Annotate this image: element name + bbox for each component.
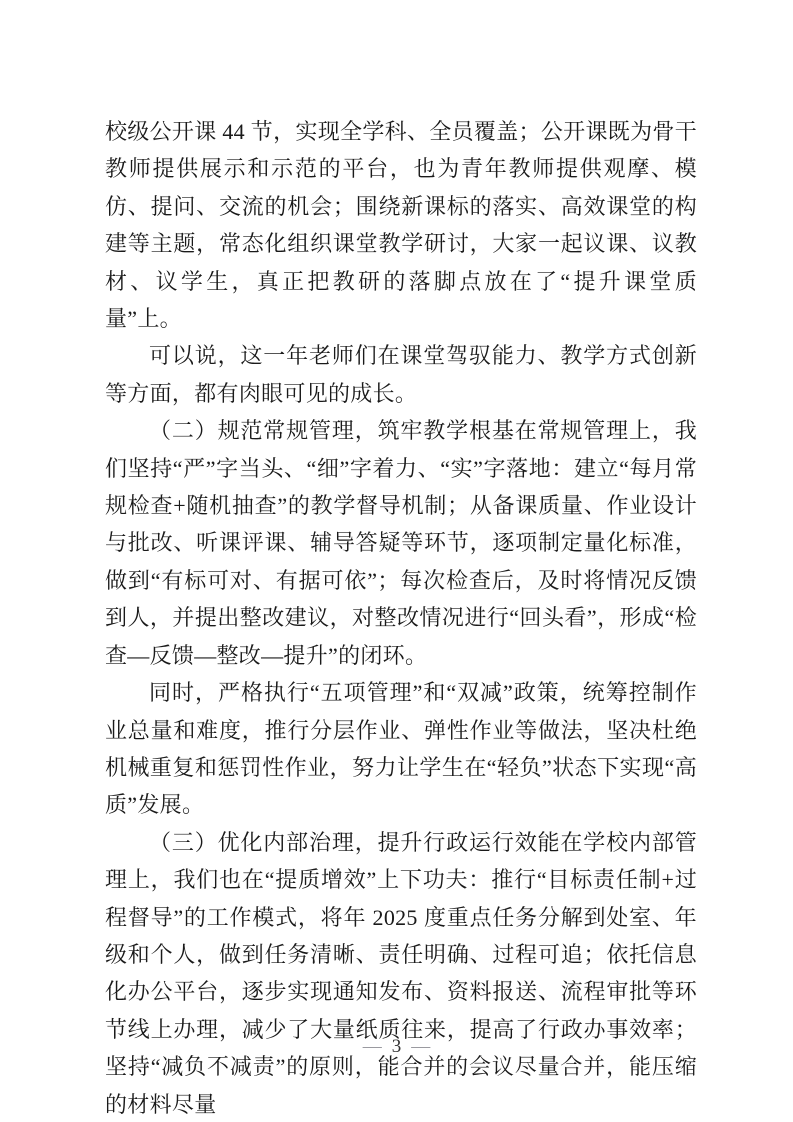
paragraph: 可以说，这一年老师们在课堂驾驭能力、教学方式创新等方面，都有肉眼可见的成长。 (105, 337, 697, 412)
page-footer: —3— (0, 1034, 793, 1060)
paragraph-section-two: （二）规范常规管理，筑牢教学根基在常规管理上，我们坚持“严”字当头、“细”字着力… (105, 412, 697, 674)
document-body-text: 校级公开课 44 节，实现全学科、全员覆盖；公开课既为骨干教师提供展示和示范的平… (105, 113, 697, 1122)
page-number: 3 (392, 1036, 402, 1057)
footer-dash-left: — (363, 1036, 382, 1057)
paragraph-section-three: （三）优化内部治理，提升行政运行效能在学校内部管理上，我们也在“提质增效”上下功… (105, 824, 697, 1122)
document-page: 校级公开课 44 节，实现全学科、全员覆盖；公开课既为骨干教师提供展示和示范的平… (0, 0, 793, 1122)
footer-dash-right: — (411, 1036, 430, 1057)
paragraph: 同时，严格执行“五项管理”和“双减”政策，统筹控制作业总量和难度，推行分层作业、… (105, 674, 697, 824)
paragraph-continuation: 校级公开课 44 节，实现全学科、全员覆盖；公开课既为骨干教师提供展示和示范的平… (105, 113, 697, 337)
